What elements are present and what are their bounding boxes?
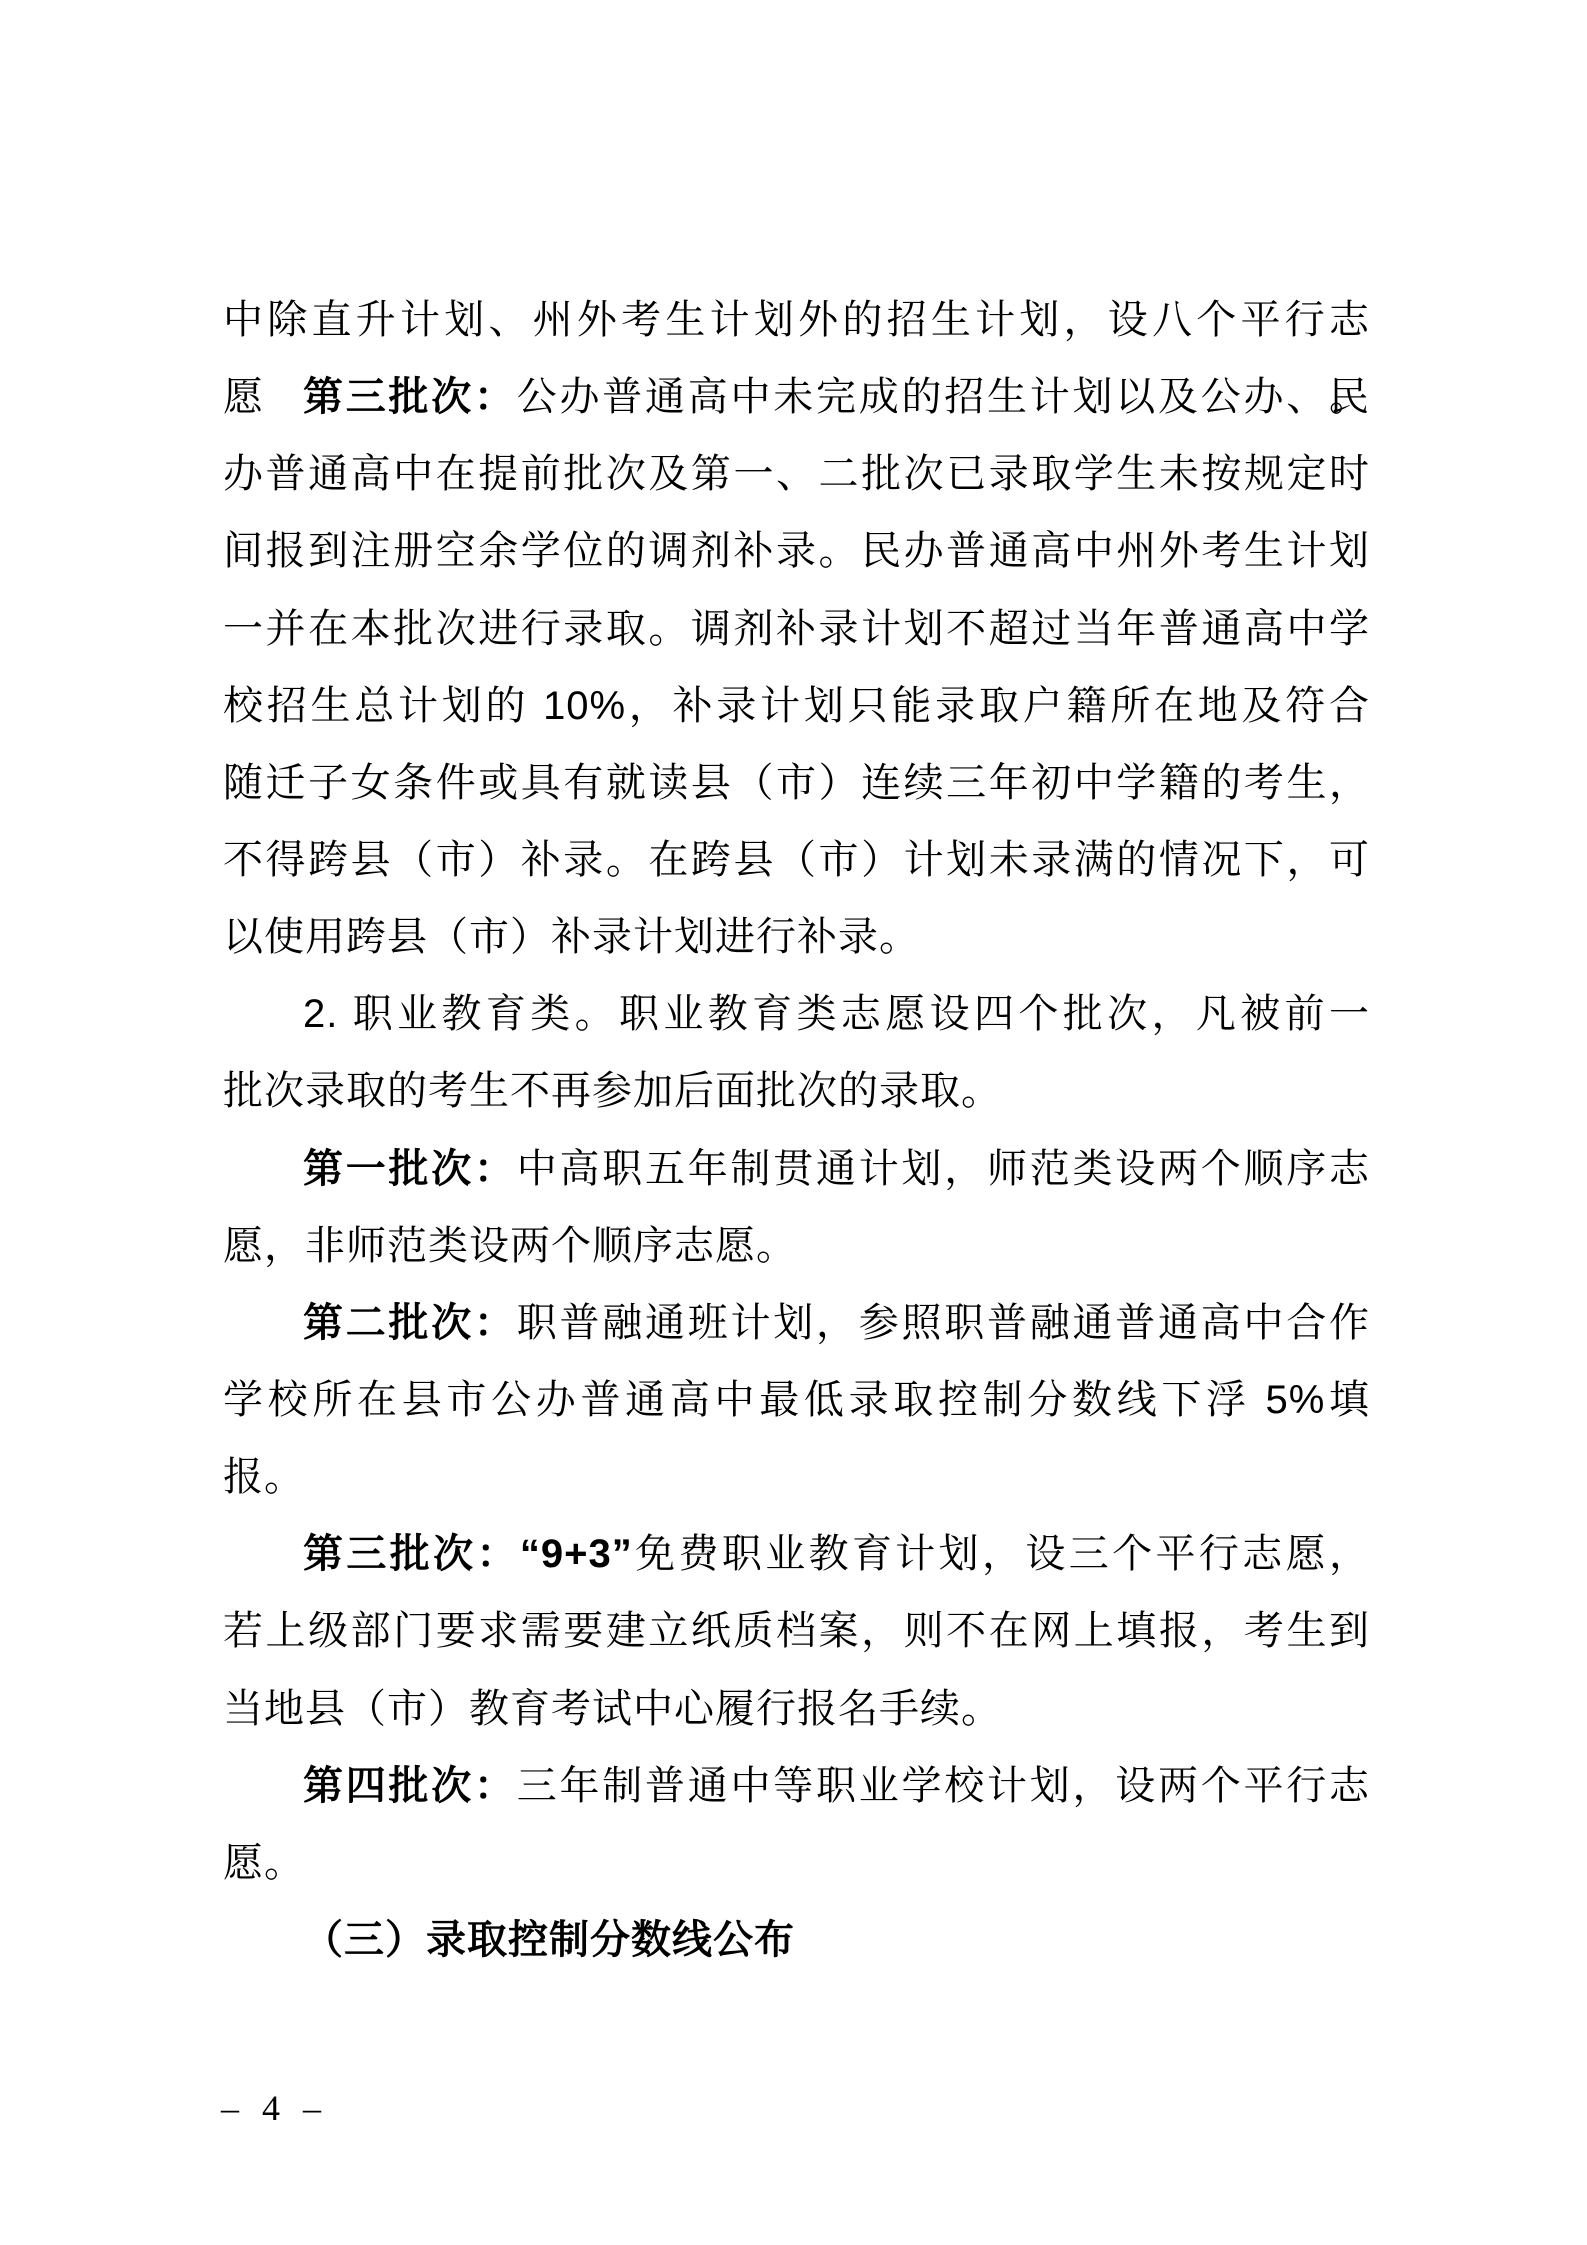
text-segment: 若上级部门要求需要建立纸质档案，则不在网上填报，考生到 — [223, 1608, 1370, 1653]
text-segment: 愿。 — [223, 1840, 305, 1885]
text-segment: 公办普通高中未完成的招生计划以及公办、民 — [517, 374, 1370, 419]
text-segment: 不得跨县（市）补录。在跨县（市）计划未录满的情况下，可 — [223, 837, 1370, 882]
text-line: 办普通高中在提前批次及第一、二批次已录取学生未按规定时 — [223, 435, 1370, 512]
text-segment: 一并在本批次进行录取。调剂补录计划不超过当年普通高中学 — [223, 606, 1370, 651]
text-segment: 愿，非师范类设两个顺序志愿。 — [223, 1223, 797, 1268]
text-line: 若上级部门要求需要建立纸质档案，则不在网上填报，考生到 — [223, 1592, 1370, 1669]
text-line: 第一批次：中高职五年制贯通计划，师范类设两个顺序志 — [223, 1130, 1370, 1207]
text-line: 中除直升计划、州外考生计划外的招生计划，设八个平行志愿。 — [223, 281, 1370, 358]
text-line: 随迁子女条件或具有就读县（市）连续三年初中学籍的考生， — [223, 744, 1370, 821]
text-line: 愿。 — [223, 1824, 1370, 1901]
text-line: 第二批次：职普融通班计划，参照职普融通普通高中合作 — [223, 1284, 1370, 1361]
text-segment: ，补录计划只能录取户籍所在地及符合 — [626, 683, 1370, 728]
text-line: 第三批次：公办普通高中未完成的招生计划以及公办、民 — [223, 358, 1370, 435]
text-line: （三）录取控制分数线公布 — [223, 1901, 1370, 1978]
text-line: 不得跨县（市）补录。在跨县（市）计划未录满的情况下，可 — [223, 821, 1370, 898]
text-line: 第四批次：三年制普通中等职业学校计划，设两个平行志 — [223, 1747, 1370, 1824]
text-segment: 学校所在县市公办普通高中最低录取控制分数线下浮 — [223, 1377, 1266, 1422]
text-segment: 校招生总计划的 — [223, 683, 543, 728]
text-segment: 第三批次： — [303, 375, 517, 419]
text-segment: 第三批次： — [303, 1532, 520, 1576]
text-segment: 办普通高中在提前批次及第一、二批次已录取学生未按规定时 — [223, 451, 1370, 496]
text-segment: “9+3” — [520, 1532, 633, 1576]
text-segment: 第二批次： — [303, 1301, 517, 1345]
text-line: 一并在本批次进行录取。调剂补录计划不超过当年普通高中学 — [223, 590, 1370, 667]
text-block: 中除直升计划、州外考生计划外的招生计划，设八个平行志愿。第三批次：公办普通高中未… — [223, 281, 1370, 1978]
text-segment: （三）录取控制分数线公布 — [303, 1917, 795, 1962]
text-segment: 间报到注册空余学位的调剂补录。民办普通高中州外考生计划 — [223, 528, 1370, 573]
text-line: 批次录取的考生不再参加后面批次的录取。 — [223, 1052, 1370, 1129]
text-segment: 第一批次： — [303, 1147, 517, 1191]
text-line: 第三批次：“9+3”免费职业教育计划，设三个平行志愿， — [223, 1515, 1370, 1592]
text-segment: 随迁子女条件或具有就读县（市）连续三年初中学籍的考生， — [223, 760, 1370, 805]
text-segment: 2. — [303, 992, 338, 1036]
text-line: 报。 — [223, 1438, 1370, 1515]
text-line: 间报到注册空余学位的调剂补录。民办普通高中州外考生计划 — [223, 512, 1370, 589]
text-segment: 职业教育类。职业教育类志愿设四个批次，凡被前一 — [338, 991, 1370, 1036]
text-segment: 以使用跨县（市）补录计划进行补录。 — [223, 914, 920, 959]
text-line: 当地县（市）教育考试中心履行报名手续。 — [223, 1670, 1370, 1747]
text-line: 校招生总计划的 10%，补录计划只能录取户籍所在地及符合 — [223, 667, 1370, 744]
text-line: 2. 职业教育类。职业教育类志愿设四个批次，凡被前一 — [223, 975, 1370, 1052]
text-line: 以使用跨县（市）补录计划进行补录。 — [223, 898, 1370, 975]
text-segment: 10% — [543, 684, 626, 728]
text-line: 学校所在县市公办普通高中最低录取控制分数线下浮 5%填 — [223, 1361, 1370, 1438]
page-number: – 4 – — [221, 2072, 328, 2144]
text-segment: 报。 — [223, 1454, 305, 1499]
text-segment: 当地县（市）教育考试中心履行报名手续。 — [223, 1686, 1002, 1731]
text-segment: 免费职业教育计划，设三个平行志愿， — [633, 1531, 1370, 1576]
text-segment: 批次录取的考生不再参加后面批次的录取。 — [223, 1068, 1002, 1113]
text-line: 愿，非师范类设两个顺序志愿。 — [223, 1207, 1370, 1284]
text-segment: 三年制普通中等职业学校计划，设两个平行志 — [517, 1763, 1370, 1808]
text-segment: 填 — [1325, 1377, 1370, 1422]
text-segment: 职普融通班计划，参照职普融通普通高中合作 — [517, 1300, 1370, 1345]
text-segment: 中高职五年制贯通计划，师范类设两个顺序志 — [517, 1146, 1370, 1191]
document-page: 中除直升计划、州外考生计划外的招生计划，设八个平行志愿。第三批次：公办普通高中未… — [0, 0, 1587, 2245]
text-segment: 第四批次： — [303, 1764, 517, 1808]
text-segment: 5% — [1266, 1378, 1326, 1422]
